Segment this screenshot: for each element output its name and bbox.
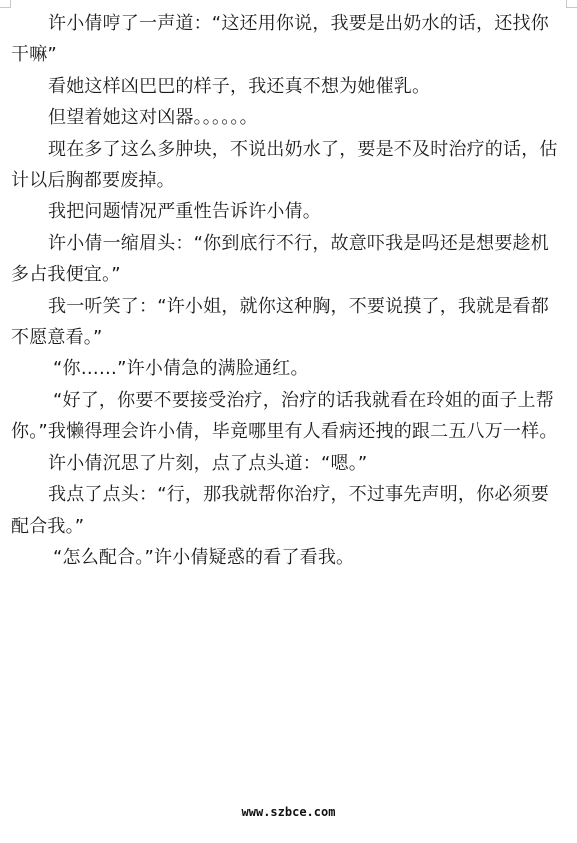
document-page: 许小倩哼了一声道：“这还用你说，我要是出奶水的话，还找你干嘛” 看她这样凶巴巴的… [11,8,567,573]
paragraph-12: “怎么配合。”许小倩疑惑的看了看我。 [11,542,567,573]
paragraph-5: 我把问题情况严重性告诉许小倩。 [11,196,567,227]
crop-mark-top-left [0,0,11,8]
crop-mark-top-right [566,0,577,8]
watermark-url: www.szbce.com [0,805,577,819]
paragraph-8: “你……”许小倩急的满脸通红。 [11,353,567,384]
paragraph-4: 现在多了这么多肿块，不说出奶水了，要是不及时治疗的话，估计以后胸都要废掉。 [11,134,567,197]
paragraph-7: 我一听笑了：“许小姐，就你这种胸，不要说摸了，我就是看都不愿意看。” [11,291,567,354]
paragraph-1: 许小倩哼了一声道：“这还用你说，我要是出奶水的话，还找你干嘛” [11,8,567,71]
paragraph-6: 许小倩一缩眉头：“你到底行不行，故意吓我是吗还是想要趁机多占我便宜。” [11,228,567,291]
paragraph-3: 但望着她这对凶器。。。。。。 [11,102,567,133]
paragraph-11: 我点了点头：“行，那我就帮你治疗，不过事先声明，你必须要配合我。” [11,479,567,542]
paragraph-9: “好了，你要不要接受治疗，治疗的话我就看在玲姐的面子上帮你。”我懒得理会许小倩，… [11,385,567,448]
paragraph-2: 看她这样凶巴巴的样子，我还真不想为她催乳。 [11,71,567,102]
paragraph-10: 许小倩沉思了片刻，点了点头道：“嗯。” [11,448,567,479]
